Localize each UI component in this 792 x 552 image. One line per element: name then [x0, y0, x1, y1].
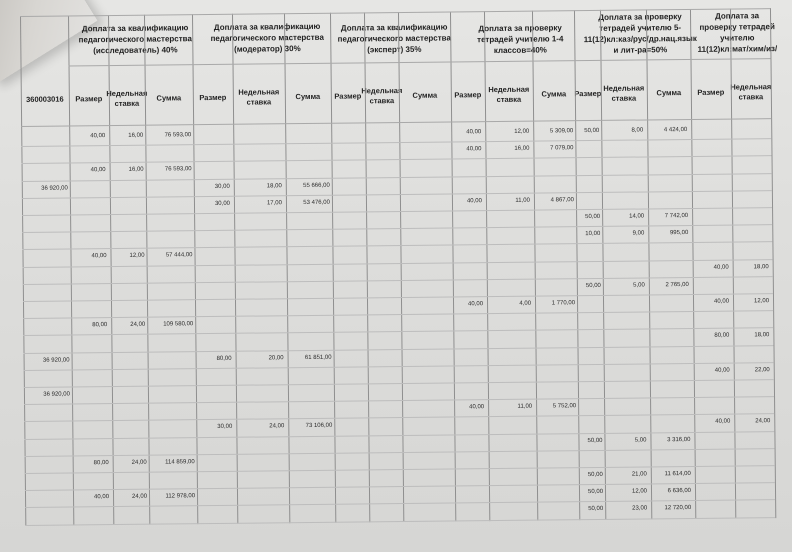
g4-cell: 12,00	[485, 129, 529, 135]
g4-cell: 40,00	[451, 146, 481, 152]
grid-hline	[24, 379, 774, 388]
group-header-notebooks-1-4: Доплата за проверку тетрадей учителю 1-4…	[460, 22, 580, 56]
g2-cell: 55 666,00	[286, 182, 330, 188]
g2-cell: 24,00	[236, 424, 284, 431]
g5-cell: 4 424,00	[647, 127, 687, 133]
group-header-notebooks-5-11-sci: Доплата за проверку тетрадей учителю 11(…	[696, 10, 778, 55]
g5-cell: 995,00	[648, 230, 688, 236]
base-salary-cell: 36 920,00	[22, 185, 68, 191]
grid-hline	[24, 362, 774, 371]
grid-hline	[23, 327, 773, 336]
grid-vline	[770, 8, 776, 518]
g6-cell: 40,00	[694, 419, 730, 425]
subheader-size: Размер	[575, 68, 602, 120]
g5-cell: 21,00	[605, 471, 647, 477]
g1-cell: 40,00	[70, 168, 106, 174]
g5-cell: 9,00	[602, 231, 644, 237]
subheader-weekly-rate: Недельная ставка	[233, 71, 286, 124]
g2-cell: 61 851,00	[288, 354, 332, 360]
g5-cell: 11 614,00	[651, 471, 691, 477]
grid-hline	[22, 190, 772, 199]
g2-cell: 80,00	[196, 355, 232, 361]
subheader-sum: Сумма	[399, 69, 452, 122]
g5-cell: 23,00	[605, 506, 647, 512]
grid-hline	[21, 138, 771, 147]
g1-cell: 12,00	[110, 253, 144, 259]
g6-cell: 12,00	[733, 298, 769, 304]
g5-cell: 50,00	[579, 472, 603, 478]
g6-cell: 24,00	[734, 419, 770, 425]
g5-cell: 5,00	[604, 437, 646, 443]
group-header-notebooks-5-11-lang: Доплата за проверку тетрадей учителю 5-1…	[580, 11, 700, 56]
g4-cell: 4,00	[487, 301, 531, 307]
subheader-size: Размер	[451, 69, 486, 121]
payroll-table: Доплата за квалификацию педагогического …	[20, 8, 783, 526]
account-code: 360003016	[21, 73, 70, 125]
g6-cell: 80,00	[693, 333, 729, 339]
grid-hline	[24, 345, 774, 354]
subheader-size: Размер	[331, 70, 366, 122]
g1-cell: 109 580,00	[147, 321, 193, 327]
subheader-size: Размер	[691, 67, 732, 119]
g1-cell: 24,00	[111, 322, 145, 328]
grid-hline	[25, 448, 775, 457]
subheader-sum: Сумма	[145, 72, 194, 124]
g6-cell: 40,00	[693, 264, 729, 270]
group-header-expert: Доплата за квалификацию педагогического …	[334, 21, 454, 55]
g1-cell: 16,00	[109, 133, 143, 139]
g6-cell: 18,00	[733, 264, 769, 270]
g4-cell: 11,00	[488, 404, 532, 410]
grid-hline	[23, 310, 773, 319]
g5-cell: 50,00	[576, 214, 600, 220]
g5-cell: 7 742,00	[648, 213, 688, 219]
g5-cell: 50,00	[579, 489, 603, 495]
g2-cell: 73 106,00	[288, 423, 332, 429]
base-salary-cell: 36 920,00	[24, 357, 70, 363]
g1-cell: 24,00	[113, 459, 147, 465]
g5-cell: 14,00	[602, 213, 644, 219]
g6-cell: 40,00	[694, 367, 730, 373]
g2-cell: 20,00	[236, 355, 284, 362]
g4-cell: 1 770,00	[535, 300, 575, 306]
g5-cell: 8,00	[601, 127, 643, 133]
g2-cell: 17,00	[234, 200, 282, 207]
g1-cell: 24,00	[113, 494, 147, 500]
subheader-size: Размер	[69, 73, 110, 125]
g1-cell: 114 859,00	[149, 459, 195, 465]
subheader-sum: Сумма	[647, 67, 692, 119]
g4-cell: 11,00	[486, 197, 530, 203]
subheader-weekly-rate: Недельная ставка	[485, 69, 534, 121]
g4-cell: 40,00	[453, 301, 483, 307]
g4-cell: 40,00	[452, 198, 482, 204]
grid-hline	[23, 293, 773, 302]
grid-hline	[22, 173, 772, 182]
subheader-sum: Сумма	[285, 71, 332, 123]
g1-cell: 76 593,00	[145, 132, 191, 138]
g2-cell: 53 476,00	[286, 200, 330, 206]
g2-cell: 30,00	[194, 183, 230, 189]
grid-hline	[24, 413, 774, 422]
g2-cell: 30,00	[194, 201, 230, 207]
g5-cell: 50,00	[575, 128, 599, 134]
subheader-weekly-rate: Недельная ставка	[365, 70, 400, 122]
subheader-weekly-rate: Недельная ставка	[731, 66, 772, 118]
g4-cell: 7 079,00	[533, 145, 573, 151]
g5-cell: 50,00	[579, 506, 603, 512]
g5-cell: 5,00	[603, 282, 645, 288]
g5-cell: 3 316,00	[650, 437, 690, 443]
g1-cell: 57 444,00	[146, 253, 192, 259]
grid-hline	[23, 259, 773, 268]
group-header-researcher: Доплата за квалификацию педагогического …	[70, 22, 200, 56]
g5-cell: 50,00	[577, 283, 601, 289]
g1-cell: 112 978,00	[149, 493, 195, 499]
subheader-weekly-rate: Недельная ставка	[601, 67, 648, 119]
g4-cell: 16,00	[485, 146, 529, 152]
base-salary-cell: 36 920,00	[24, 391, 70, 397]
g5-cell: 12,00	[605, 489, 647, 495]
g4-cell: 40,00	[454, 404, 484, 410]
g1-cell: 80,00	[73, 460, 109, 466]
g6-cell: 40,00	[693, 299, 729, 305]
g2-cell: 30,00	[196, 424, 232, 430]
g1-cell: 16,00	[110, 167, 144, 173]
grid-hline	[69, 58, 771, 66]
g1-cell: 40,00	[70, 253, 106, 259]
g6-cell: 18,00	[733, 333, 769, 339]
group-header-moderator: Доплата за квалификацию педагогического …	[202, 21, 332, 55]
g4-cell: 5 309,00	[533, 128, 573, 134]
g1-cell: 76 593,00	[146, 167, 192, 173]
subheader-size: Размер	[193, 72, 234, 124]
g6-cell: 22,00	[734, 367, 770, 373]
g5-cell: 50,00	[578, 438, 602, 444]
g1-cell: 80,00	[71, 322, 107, 328]
grid-hline	[22, 155, 772, 164]
subheader-weekly-rate: Недельная ставка	[109, 73, 146, 125]
grid-hline	[22, 241, 772, 250]
g4-cell: 5 752,00	[536, 403, 576, 409]
g5-cell: 2 765,00	[649, 282, 689, 288]
g5-cell: 6 636,00	[651, 488, 691, 494]
g5-cell: 12 720,00	[651, 505, 691, 511]
g1-cell: 40,00	[73, 494, 109, 500]
g5-cell: 10,00	[576, 231, 600, 237]
grid-hline	[24, 396, 774, 405]
g1-cell: 40,00	[69, 133, 105, 139]
subheader-sum: Сумма	[533, 68, 576, 120]
g4-cell: 40,00	[451, 129, 481, 135]
g2-cell: 18,00	[234, 183, 282, 190]
g4-cell: 4 867,00	[534, 197, 574, 203]
